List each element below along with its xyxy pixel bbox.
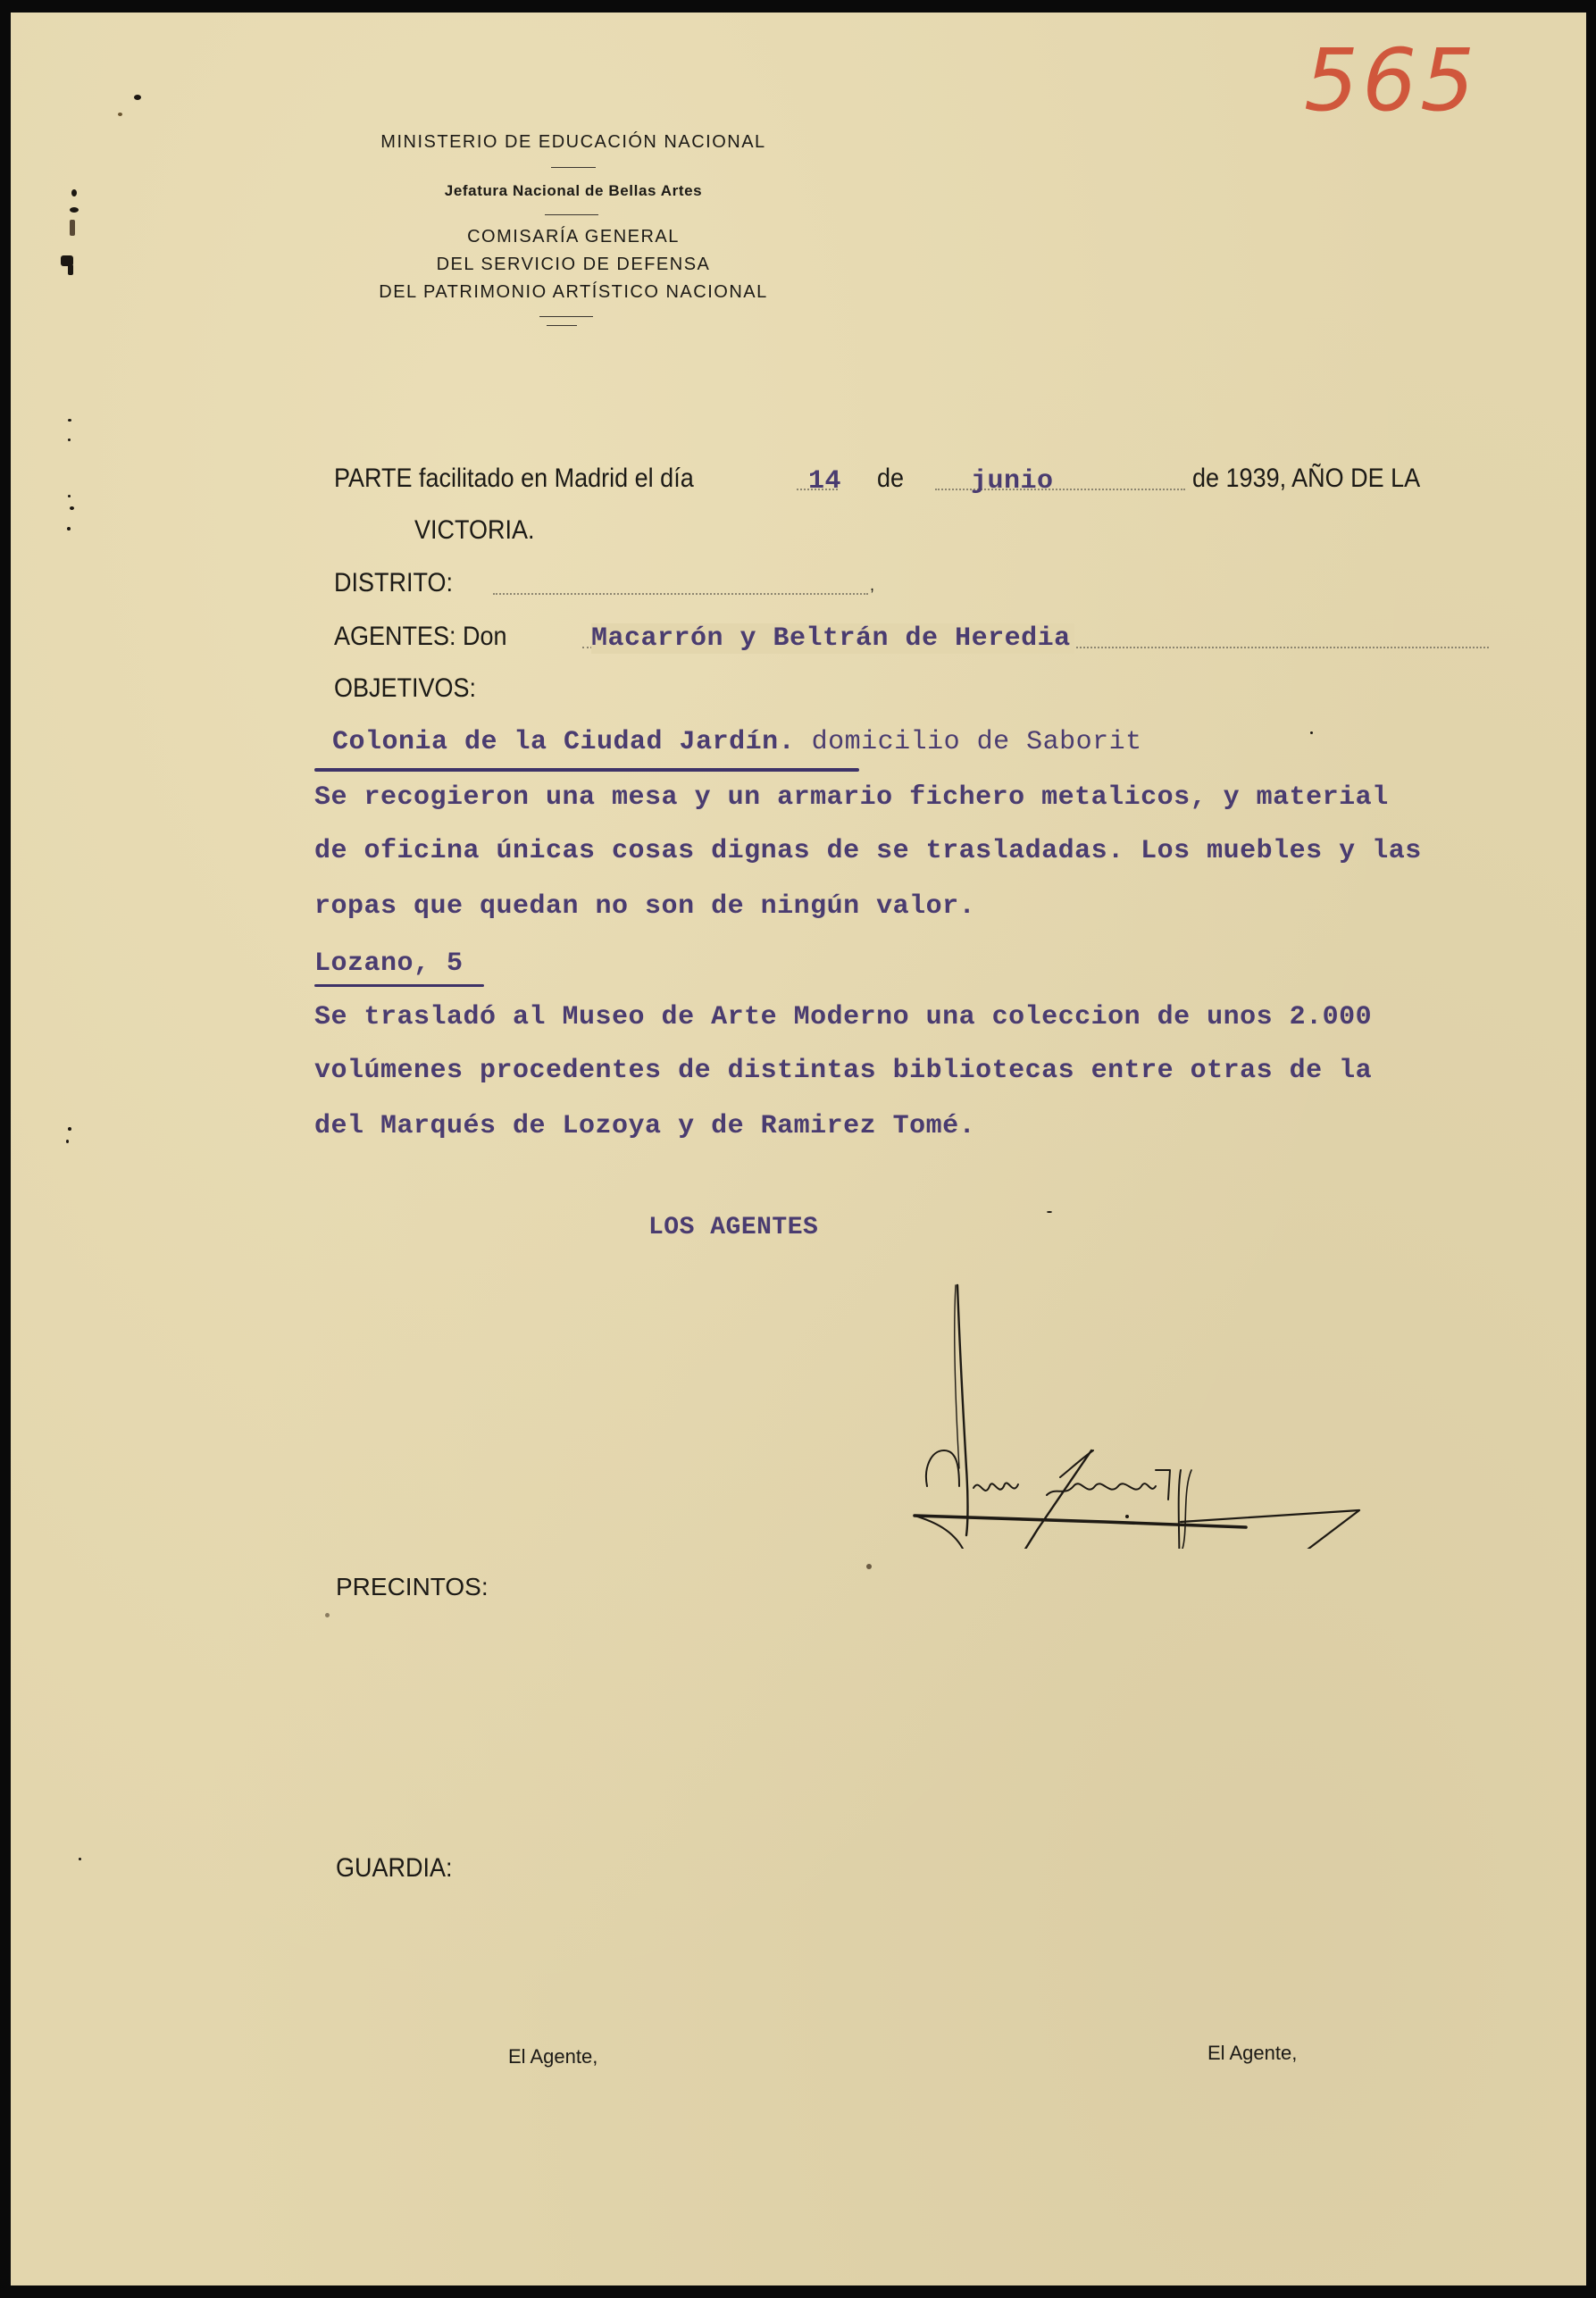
ministry-name: MINISTERIO DE EDUCACIÓN NACIONAL	[341, 132, 806, 153]
commission-line-3: DEL PATRIMONIO ARTÍSTICO NACIONAL	[332, 282, 815, 303]
distrito-label: DISTRITO:	[334, 568, 453, 598]
objective-text-line: Se recogieron una mesa y un armario fich…	[314, 782, 1389, 813]
department-name: Jefatura Nacional de Bellas Artes	[341, 182, 806, 200]
agentes-value: Macarrón y Beltrán de Heredia	[591, 623, 1074, 654]
agent-right-signature-label: El Agente,	[1207, 2042, 1297, 2065]
objetivos-label: OBJETIVOS:	[334, 673, 476, 704]
objective-text-line: Se trasladó al Museo de Arte Moderno una…	[314, 1002, 1372, 1032]
report-continuation: VICTORIA.	[414, 515, 535, 546]
report-day: 14	[808, 466, 841, 497]
guardia-label: GUARDIA:	[336, 1853, 453, 1884]
divider	[547, 325, 577, 326]
folio-number: 565	[1304, 30, 1478, 130]
commission-line-2: DEL SERVICIO DE DEFENSA	[341, 255, 806, 275]
divider	[545, 214, 598, 215]
objective-text-line: de oficina únicas cosas dignas de se tra…	[314, 836, 1422, 866]
handwritten-signature-icon	[904, 1263, 1404, 1549]
divider	[539, 316, 593, 317]
report-prefix: PARTE facilitado en Madrid el día	[334, 464, 694, 494]
heading-underline	[314, 768, 859, 772]
objective-heading: Lozano, 5	[314, 948, 464, 979]
objective-text-line: volúmenes procedentes de distintas bibli…	[314, 1056, 1372, 1086]
report-year: de 1939, AÑO DE LA	[1192, 464, 1420, 494]
document-page: 565 MINISTERIO DE EDUCACIÓN NACIONAL Jef…	[11, 13, 1586, 2285]
de-label: de	[877, 464, 904, 494]
agent-left-signature-label: El Agente,	[508, 2045, 597, 2068]
objective-heading-title: Colonia de la Ciudad Jardín.	[332, 727, 795, 757]
objective-text-line: ropas que quedan no son de ningún valor.	[314, 891, 975, 922]
precintos-label: PRECINTOS:	[336, 1573, 489, 1601]
objective-heading: Colonia de la Ciudad Jardín. domicilio d…	[332, 727, 1142, 757]
objective-heading-suffix: domicilio de Saborit	[795, 727, 1142, 757]
heading-underline	[314, 984, 484, 987]
distrito-field	[493, 593, 868, 595]
distrito-comma: ,	[870, 575, 874, 596]
objective-heading-title: Lozano, 5	[314, 948, 464, 979]
agentes-label: AGENTES: Don	[334, 622, 507, 652]
report-month: junio	[971, 466, 1054, 497]
divider	[551, 167, 596, 168]
los-agentes-label: LOS AGENTES	[648, 1214, 818, 1241]
objective-text-line: del Marqués de Lozoya y de Ramirez Tomé.	[314, 1111, 975, 1141]
commission-line-1: COMISARÍA GENERAL	[341, 227, 806, 247]
